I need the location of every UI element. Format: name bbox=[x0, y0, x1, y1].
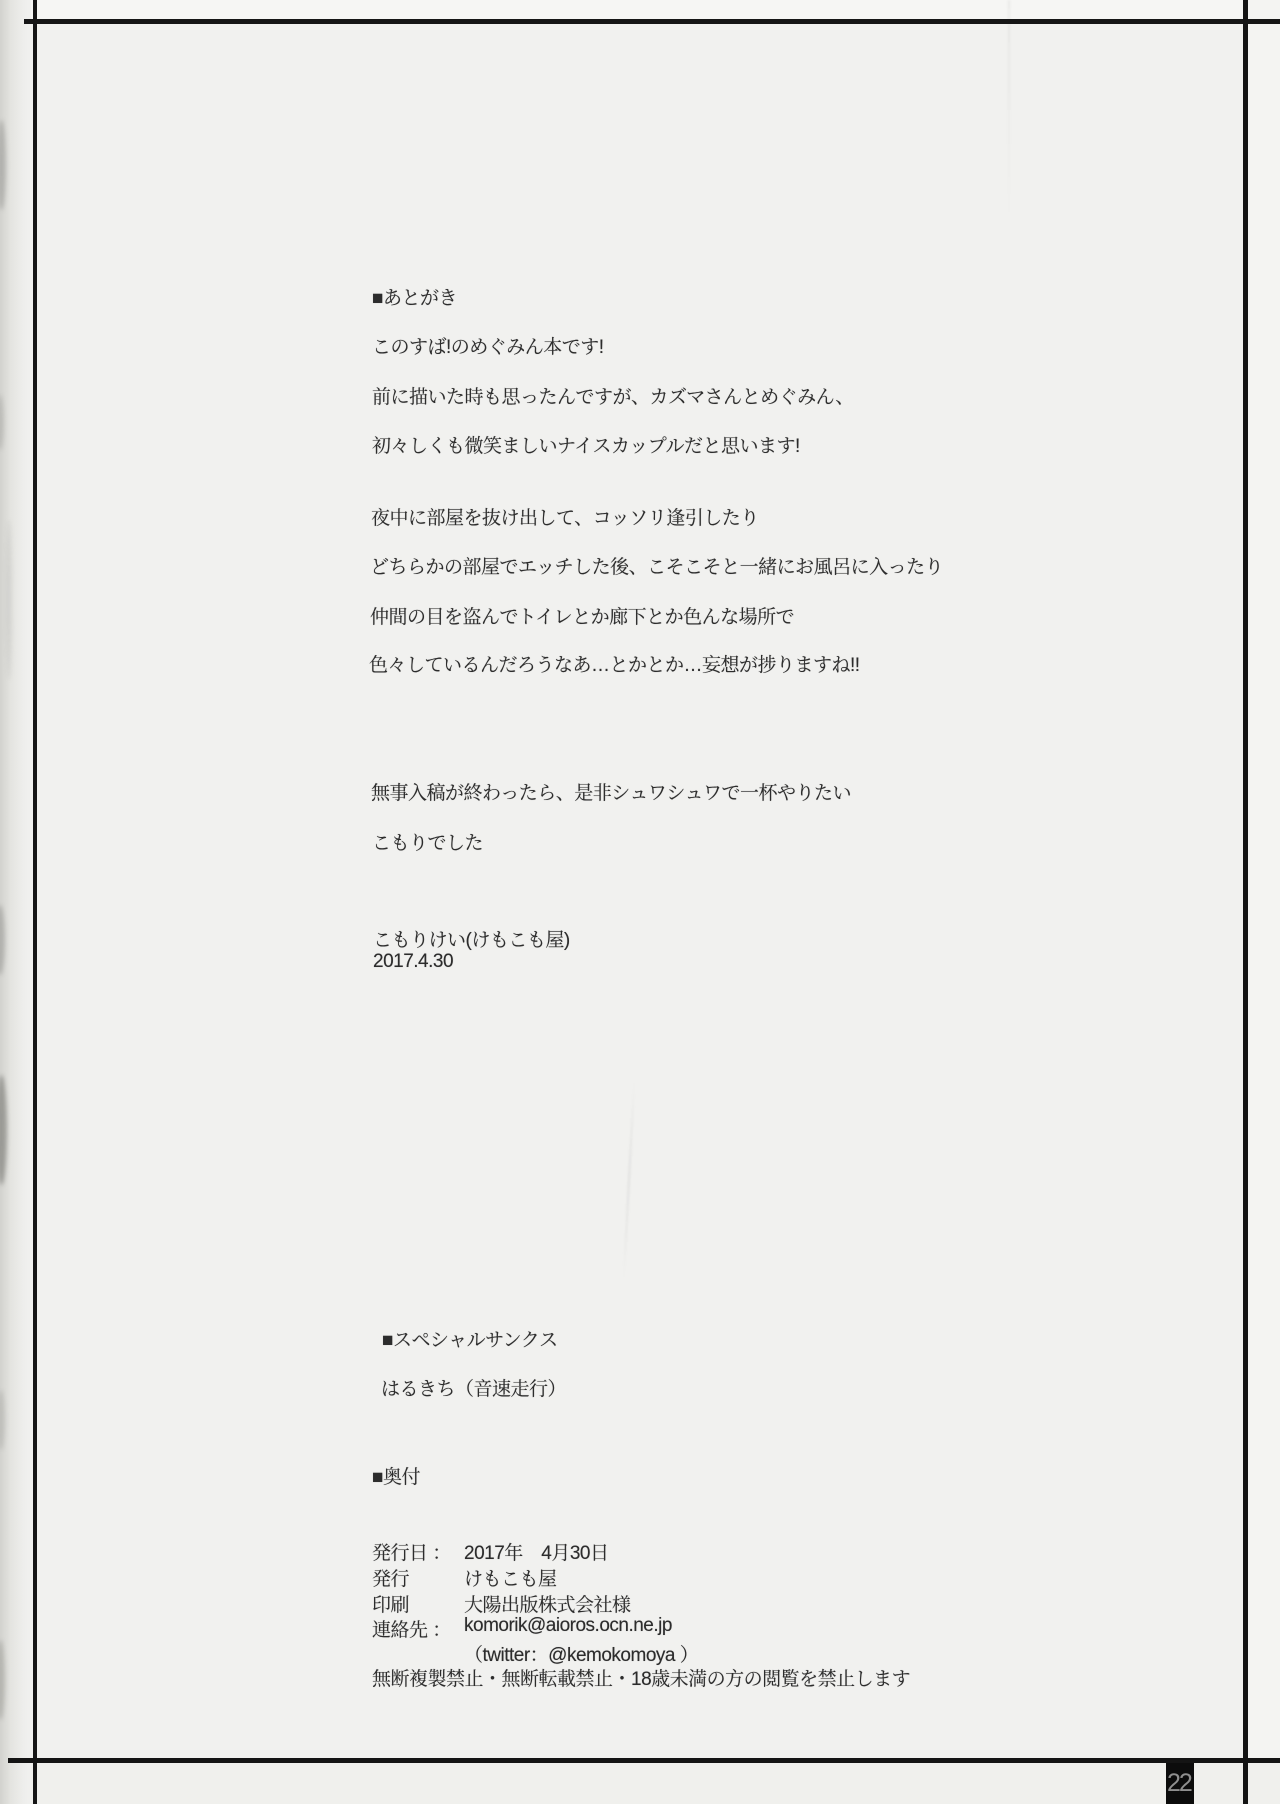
colophon-value: 2017年 4月30日 bbox=[464, 1538, 608, 1565]
paper-ragged-edge bbox=[0, 0, 31, 1804]
afterword-line: 夜中に部屋を抜け出して、コッソリ逢引したり bbox=[371, 503, 759, 530]
afterword-line: こもりでした bbox=[372, 828, 483, 855]
edge-smudge bbox=[0, 1390, 5, 1450]
afterword-heading: ■あとがき bbox=[372, 283, 457, 310]
frame-rule-bottom bbox=[8, 1758, 1280, 1763]
signature-name: こもりけい(けもこも屋) bbox=[373, 925, 570, 952]
copyright-notice: 無断複製禁止・無断転載禁止・18歳未満の方の閲覧を禁止します bbox=[372, 1664, 910, 1691]
edge-smudge bbox=[0, 395, 4, 450]
scanned-doujin-page: ■あとがき このすば!のめぐみん本です! 前に描いた時も思ったんですが、カズマさ… bbox=[0, 0, 1280, 1804]
paper-crease bbox=[623, 1080, 635, 1280]
colophon-row: 発行日 ： 2017年 4月30日 bbox=[372, 1538, 608, 1565]
paper-right-margin bbox=[1248, 0, 1280, 1804]
colophon-label: 印刷 bbox=[372, 1590, 464, 1617]
afterword-line: このすば!のめぐみん本です! bbox=[372, 332, 604, 359]
afterword-line: 前に描いた時も思ったんですが、カズマさんとめぐみん、 bbox=[372, 382, 854, 409]
colophon-row: 発行 けもこも屋 bbox=[372, 1564, 557, 1591]
paper-crease bbox=[1008, 0, 1010, 220]
afterword-line: どちらかの部屋でエッチした後、こそこそと一緒にお風呂に入ったり bbox=[370, 552, 943, 579]
afterword-line: 初々しくも微笑ましいナイスカップルだと思います! bbox=[372, 431, 800, 458]
paper-top-margin bbox=[0, 0, 1280, 19]
colophon-value: komorik@aioros.ocn.ne.jp bbox=[464, 1615, 672, 1642]
edge-smudge bbox=[0, 1075, 7, 1185]
afterword-line: 色々しているんだろうなあ…とかとか…妄想が捗りますね!! bbox=[369, 650, 860, 677]
colophon-row: 連絡先 ： komorik@aioros.ocn.ne.jp bbox=[372, 1615, 672, 1642]
colophon-label: 発行 bbox=[372, 1564, 464, 1591]
frame-rule-left bbox=[33, 0, 37, 1804]
paper-bottom-margin bbox=[0, 1763, 1280, 1804]
frame-rule-right bbox=[1243, 0, 1248, 1804]
signature-date: 2017.4.30 bbox=[373, 951, 453, 973]
special-thanks-name: はるきち（音速走行） bbox=[381, 1374, 566, 1401]
afterword-line: 無事入稿が終わったら、是非シュワシュワで一杯やりたい bbox=[371, 778, 851, 805]
colophon-twitter: （twitter：@kemokomoya ） bbox=[464, 1640, 698, 1667]
colophon-label: 連絡先 ： bbox=[372, 1615, 464, 1642]
colophon-value: けもこも屋 bbox=[464, 1564, 557, 1591]
edge-smudge bbox=[0, 1640, 5, 1720]
afterword-line: 仲間の目を盗んでトイレとか廊下とか色んな場所で bbox=[370, 602, 794, 629]
frame-rule-top bbox=[24, 19, 1280, 24]
edge-smudge bbox=[6, 520, 12, 680]
colophon-row: 印刷 大陽出版株式会社様 bbox=[372, 1590, 631, 1617]
colophon-value: 大陽出版株式会社様 bbox=[464, 1590, 631, 1617]
colophon-heading: ■奥付 bbox=[372, 1462, 420, 1489]
colophon-label: 発行日 ： bbox=[372, 1538, 464, 1565]
page-number: 22 bbox=[1166, 1763, 1194, 1804]
special-thanks-heading: ■スペシャルサンクス bbox=[382, 1325, 558, 1352]
edge-smudge bbox=[0, 120, 6, 210]
edge-smudge bbox=[0, 905, 5, 975]
